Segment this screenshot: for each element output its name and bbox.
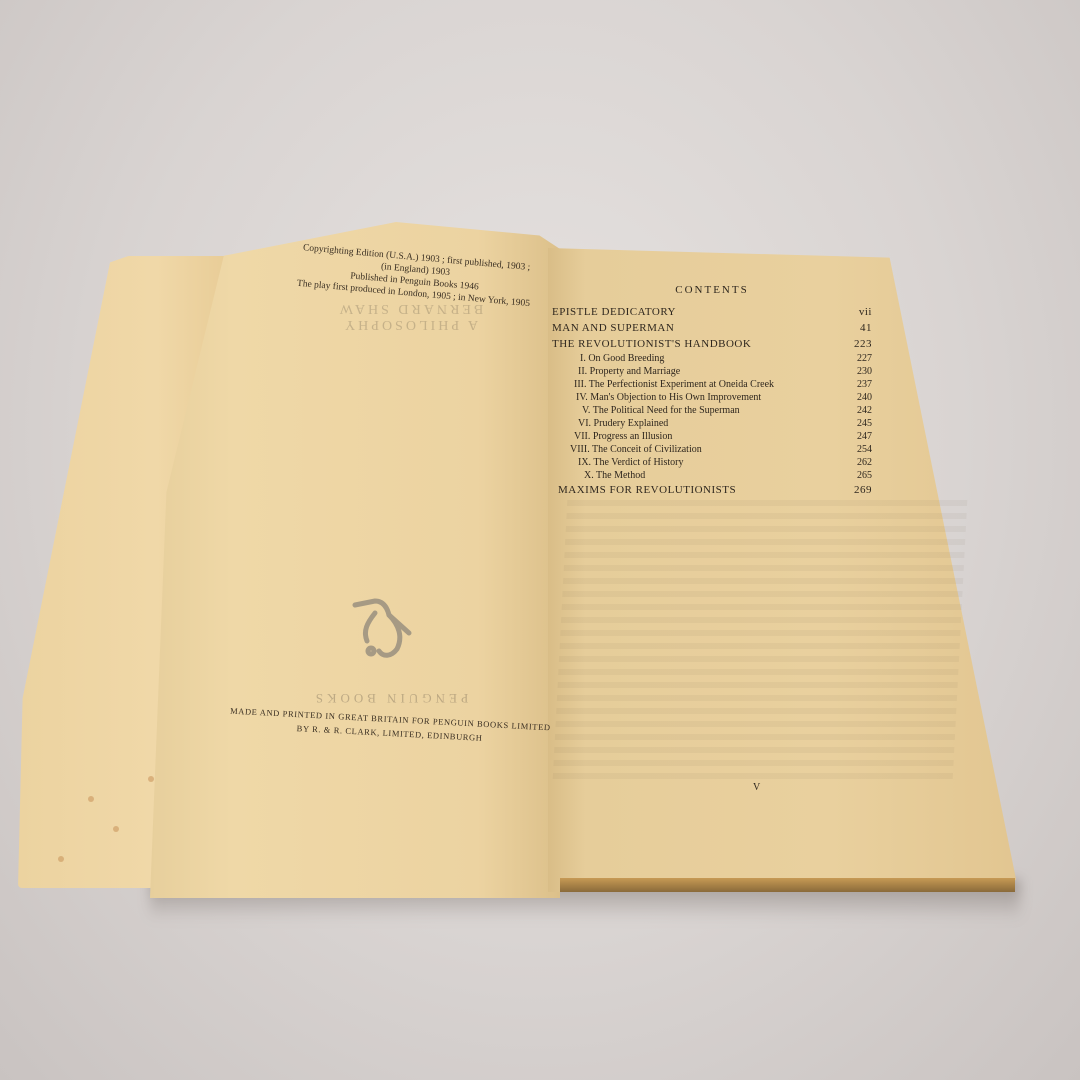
penguin-logo-icon bbox=[345, 585, 425, 665]
contents-heading: CONTENTS bbox=[552, 284, 872, 296]
toc-page: 242 bbox=[832, 404, 872, 417]
toc-entry: V. The Political Need for the Superman24… bbox=[552, 404, 872, 417]
show-through-title-text: A PHILOSOPHY bbox=[300, 316, 520, 332]
show-through-body-text bbox=[553, 500, 968, 780]
toc-label: IX. The Verdict of History bbox=[552, 456, 683, 469]
toc-label: EPISTLE DEDICATORY bbox=[552, 304, 676, 320]
page-number: V bbox=[753, 782, 760, 793]
toc-page: 237 bbox=[832, 378, 872, 391]
toc-page: 227 bbox=[832, 352, 872, 365]
toc-label: VIII. The Conceit of Civilization bbox=[552, 443, 702, 456]
toc-entry: EPISTLE DEDICATORYvii bbox=[552, 304, 872, 320]
show-through-title: A PHILOSOPHY BERNARD SHAW bbox=[300, 300, 520, 332]
toc-label: IV. Man's Objection to His Own Improveme… bbox=[552, 391, 761, 404]
show-through-author-text: BERNARD SHAW bbox=[300, 300, 520, 316]
table-of-contents: CONTENTS EPISTLE DEDICATORYvii MAN AND S… bbox=[552, 284, 872, 498]
toc-entry: IV. Man's Objection to His Own Improveme… bbox=[552, 391, 872, 404]
toc-entry: MAXIMS FOR REVOLUTIONISTS269 bbox=[552, 482, 872, 498]
toc-entry: IX. The Verdict of History262 bbox=[552, 456, 872, 469]
toc-entry: THE REVOLUTIONIST'S HANDBOOK223 bbox=[552, 336, 872, 352]
toc-label: II. Property and Marriage bbox=[552, 365, 680, 378]
toc-entry: VII. Progress an Illusion247 bbox=[552, 430, 872, 443]
toc-label: MAXIMS FOR REVOLUTIONISTS bbox=[558, 482, 736, 498]
toc-entry: VIII. The Conceit of Civilization254 bbox=[552, 443, 872, 456]
toc-page: 265 bbox=[832, 469, 872, 482]
toc-label: III. The Perfectionist Experiment at One… bbox=[552, 378, 774, 391]
toc-page: 254 bbox=[832, 443, 872, 456]
toc-label: THE REVOLUTIONIST'S HANDBOOK bbox=[552, 336, 751, 352]
toc-label: V. The Political Need for the Superman bbox=[552, 404, 740, 417]
toc-page: 262 bbox=[832, 456, 872, 469]
toc-page: 247 bbox=[832, 430, 872, 443]
toc-page: 230 bbox=[832, 365, 872, 378]
toc-entry: III. The Perfectionist Experiment at One… bbox=[552, 378, 872, 391]
toc-entry: II. Property and Marriage230 bbox=[552, 365, 872, 378]
toc-page: 240 bbox=[832, 391, 872, 404]
toc-entry: MAN AND SUPERMAN41 bbox=[552, 320, 872, 336]
show-through-publisher: PENGUIN BOOKS bbox=[300, 690, 480, 706]
toc-entry: X. The Method265 bbox=[552, 469, 872, 482]
toc-page: vii bbox=[832, 304, 872, 320]
toc-label: VII. Progress an Illusion bbox=[552, 430, 672, 443]
page-block-edge bbox=[560, 878, 1015, 892]
toc-entry: I. On Good Breeding227 bbox=[552, 352, 872, 365]
toc-label: MAN AND SUPERMAN bbox=[552, 320, 674, 336]
toc-page: 223 bbox=[832, 336, 872, 352]
toc-entry: VI. Prudery Explained245 bbox=[552, 417, 872, 430]
toc-label: VI. Prudery Explained bbox=[552, 417, 668, 430]
toc-page: 245 bbox=[832, 417, 872, 430]
toc-label: X. The Method bbox=[552, 469, 645, 482]
toc-label: I. On Good Breeding bbox=[552, 352, 664, 365]
toc-page: 269 bbox=[832, 482, 872, 498]
toc-page: 41 bbox=[832, 320, 872, 336]
